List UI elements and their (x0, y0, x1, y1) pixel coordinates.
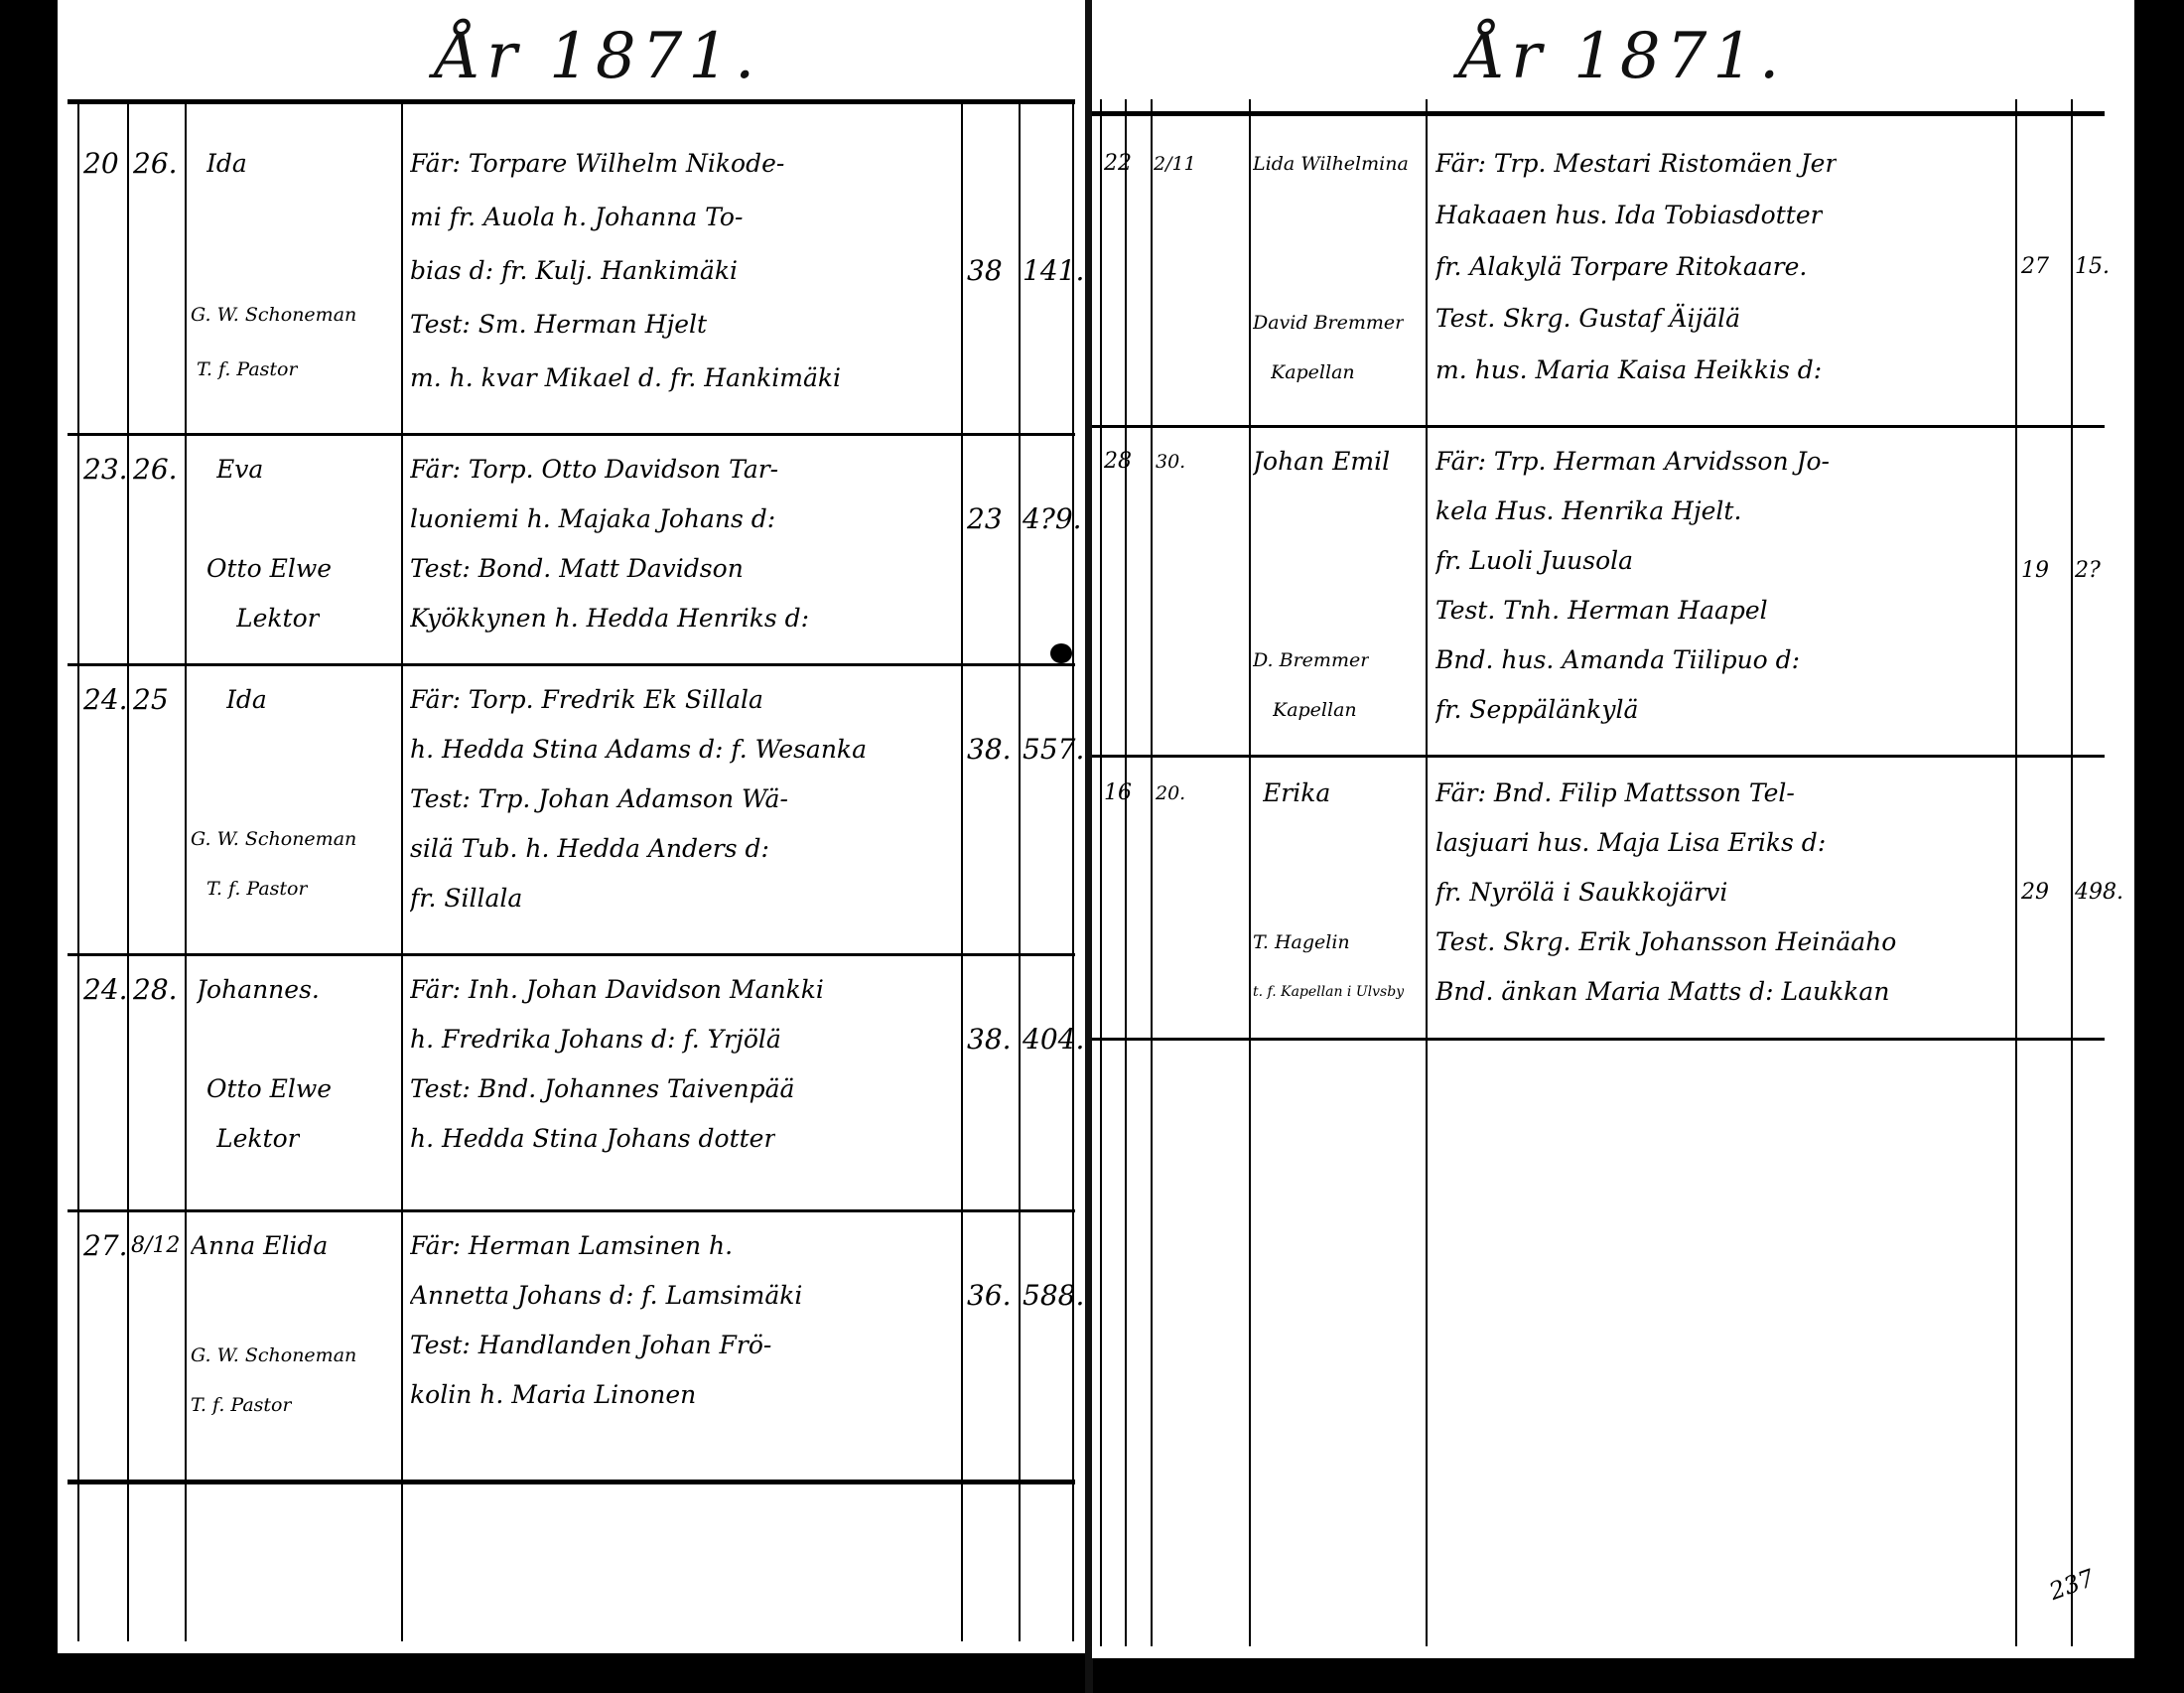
officiant-title: t. f. Kapellan i Ulvsby (1253, 965, 1404, 1019)
officiant-title: Kapellan (1273, 683, 1357, 737)
record-line: Annetta Johans d: f. Lamsimäki (410, 1269, 802, 1323)
record-line: m. hus. Maria Kaisa Heikkis d: (1435, 344, 1822, 397)
officiant-name: Otto Elwe (206, 1062, 332, 1116)
entry-number: 20 (83, 137, 119, 191)
mother-age: 36. (967, 1269, 1012, 1323)
entry-day: 20. (1156, 767, 1185, 820)
entry-day: 30. (1156, 435, 1185, 489)
mother-age: 29 (2021, 866, 2049, 919)
child-name: Eva (216, 443, 263, 496)
record-line: fr. Sillala (410, 872, 522, 925)
reference-number: 15. (2075, 240, 2110, 294)
mother-age: 27 (2021, 240, 2049, 294)
ledger-top-rule (68, 99, 1075, 104)
officiant-name: G. W. Schoneman (191, 812, 356, 866)
mother-age: 23 (967, 493, 1003, 546)
record-line: h. Hedda Stina Johans dotter (410, 1112, 775, 1166)
reference-number: 404. (1023, 1013, 1084, 1066)
row-rule (68, 663, 1075, 666)
record-line: Test. Skrg. Gustaf Äijälä (1435, 292, 1740, 346)
officiant-name: T. Hagelin (1253, 916, 1350, 969)
mother-age: 38. (967, 723, 1012, 776)
ledger-top-rule (1092, 111, 2105, 116)
entry-number: 24. (83, 673, 128, 727)
record-line: Fär: Torp. Fredrik Ek Sillala (410, 673, 763, 727)
record-line: Fär: Torpare Wilhelm Nikode- (410, 137, 784, 191)
left-ledger-table: 20 26. Ida G. W. Schoneman T. f. Pastor … (68, 99, 1075, 1641)
right-page: År 1871. 22 2/11 Lida Wilhelmina David B… (1092, 0, 2134, 1658)
record-line: Test. Tnh. Herman Haapel (1435, 584, 1768, 637)
record-line: Fär: Trp. Mestari Ristomäen Jer (1435, 137, 1837, 191)
record-line: Test: Bnd. Johannes Taivenpää (410, 1062, 794, 1116)
officiant-title: T. f. Pastor (206, 862, 308, 916)
reference-number: 141. (1023, 244, 1084, 298)
officiant-title: T. f. Pastor (191, 1378, 292, 1432)
record-line: fr. Alakylä Torpare Ritokaare. (1435, 240, 1807, 294)
entry-day: 8/12 (131, 1219, 180, 1273)
entry-day: 26. (133, 443, 178, 496)
entry-day: 26. (133, 137, 178, 191)
reference-number: 557. (1023, 723, 1084, 776)
left-page-year-header: År 1871. (435, 20, 760, 93)
binding-hole (1050, 643, 1072, 663)
mother-age: 38. (967, 1013, 1012, 1066)
record-line: Test: Bond. Matt Davidson (410, 542, 744, 596)
row-rule (68, 1209, 1075, 1212)
register-entry: 27. 8/12 Anna Elida G. W. Schoneman T. f… (68, 1219, 1075, 1468)
ledger-bottom-rule (68, 1480, 1075, 1484)
officiant-name: David Bremmer (1253, 296, 1404, 350)
record-line: fr. Nyrölä i Saukkojärvi (1435, 866, 1727, 919)
officiant-name: G. W. Schoneman (191, 1329, 356, 1382)
child-name: Johan Emil (1253, 435, 1390, 489)
record-line: Fär: Torp. Otto Davidson Tar- (410, 443, 778, 496)
register-entry: 24. 28. Johannes. Otto Elwe Lektor Fär: … (68, 963, 1075, 1201)
entry-number: 28 (1104, 435, 1132, 489)
entry-number: 22 (1104, 137, 1132, 191)
register-entry: 24. 25 Ida G. W. Schoneman T. f. Pastor … (68, 673, 1075, 951)
officiant-name: Otto Elwe (206, 542, 332, 596)
record-line: Fär: Trp. Herman Arvidsson Jo- (1435, 435, 1830, 489)
mother-age: 19 (2021, 544, 2049, 598)
row-rule (1092, 1038, 2105, 1041)
entry-number: 24. (83, 963, 128, 1017)
record-line: Test: Trp. Johan Adamson Wä- (410, 773, 788, 826)
child-name: Ida (226, 673, 267, 727)
officiant-title: Lektor (216, 1112, 300, 1166)
record-line: Hakaaen hus. Ida Tobiasdotter (1435, 189, 1823, 242)
record-line: Fär: Inh. Johan Davidson Mankki (410, 963, 824, 1017)
record-line: Fär: Herman Lamsinen h. (410, 1219, 733, 1273)
record-line: h. Fredrika Johans d: f. Yrjölä (410, 1013, 781, 1066)
row-rule (68, 953, 1075, 956)
officiant-title: T. f. Pastor (197, 343, 298, 396)
entry-day: 28. (133, 963, 178, 1017)
row-rule (68, 433, 1075, 436)
record-line: Bnd. hus. Amanda Tiilipuo d: (1435, 634, 1800, 687)
record-line: silä Tub. h. Hedda Anders d: (410, 822, 769, 876)
left-page: År 1871. 20 26. Ida G. W. Schoneman T. f… (58, 0, 1085, 1653)
officiant-name: G. W. Schoneman (191, 288, 356, 342)
record-line: kela Hus. Henrika Hjelt. (1435, 485, 1741, 538)
record-line: fr. Seppälänkylä (1435, 683, 1638, 737)
child-name: Ida (206, 137, 247, 191)
entry-day: 25 (133, 673, 169, 727)
officiant-title: Lektor (236, 592, 320, 645)
record-line: luoniemi h. Majaka Johans d: (410, 493, 775, 546)
record-line: h. Hedda Stina Adams d: f. Wesanka (410, 723, 867, 776)
record-line: fr. Luoli Juusola (1435, 534, 1633, 588)
record-line: bias d: fr. Kulj. Hankimäki (410, 244, 738, 298)
reference-number: 2? (2075, 544, 2101, 598)
mother-age: 38 (967, 244, 1003, 298)
record-line: Fär: Bnd. Filip Mattsson Tel- (1435, 767, 1795, 820)
record-line: lasjuari hus. Maja Lisa Eriks d: (1435, 816, 1826, 870)
record-line: mi fr. Auola h. Johanna To- (410, 191, 743, 244)
reference-number: 4?9. (1023, 493, 1082, 546)
entry-day: 2/11 (1154, 137, 1196, 191)
register-entry: 20 26. Ida G. W. Schoneman T. f. Pastor … (68, 119, 1075, 427)
entry-number: 23. (83, 443, 128, 496)
reference-number: 588. (1023, 1269, 1084, 1323)
child-name: Johannes. (197, 963, 320, 1017)
right-ledger-table: 22 2/11 Lida Wilhelmina David Bremmer Ka… (1092, 99, 2105, 1646)
record-line: Test: Sm. Herman Hjelt (410, 298, 707, 352)
right-page-year-header: År 1871. (1459, 20, 1785, 93)
entry-number: 16 (1104, 767, 1132, 820)
child-name: Anna Elida (191, 1219, 328, 1273)
record-line: m. h. kvar Mikael d. fr. Hankimäki (410, 352, 841, 405)
record-line: Bnd. änkan Maria Matts d: Laukkan (1435, 965, 1889, 1019)
record-line: Kyökkynen h. Hedda Henriks d: (410, 592, 809, 645)
entry-number: 27. (83, 1219, 128, 1273)
row-rule (1092, 755, 2105, 758)
register-entry: 23. 26. Eva Otto Elwe Lektor Fär: Torp. … (68, 443, 1075, 661)
record-line: kolin h. Maria Linonen (410, 1368, 696, 1422)
officiant-title: Kapellan (1271, 346, 1355, 399)
register-entry: 22 2/11 Lida Wilhelmina David Bremmer Ka… (1092, 137, 2105, 425)
register-entry: 16 20. Erika T. Hagelin t. f. Kapellan i… (1092, 767, 2105, 1035)
child-name: Erika (1263, 767, 1330, 820)
record-line: Test. Skrg. Erik Johansson Heinäaho (1435, 916, 1896, 969)
child-name: Lida Wilhelmina (1253, 137, 1409, 191)
record-line: Test: Handlanden Johan Frö- (410, 1319, 771, 1372)
officiant-name: D. Bremmer (1253, 634, 1369, 687)
register-entry: 28 30. Johan Emil D. Bremmer Kapellan Fä… (1092, 435, 2105, 753)
row-rule (1092, 425, 2105, 428)
reference-number: 498. (2075, 866, 2123, 919)
